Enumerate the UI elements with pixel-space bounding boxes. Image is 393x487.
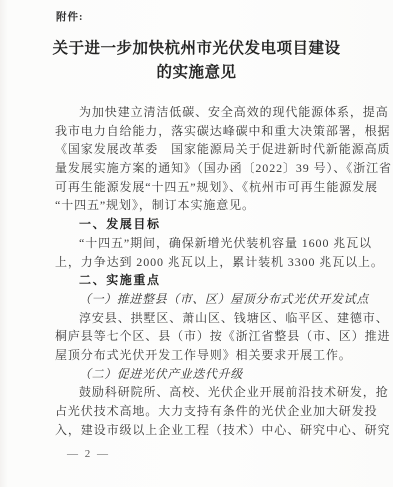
body-line: 占光伏技术高地。大力支持有条件的光伏企业加大研发投 [55, 402, 349, 421]
body-line: 量发展实施方案的通知》（国办函〔2022〕39 号）、《浙江省 [55, 159, 349, 178]
body-line: “十四五”规划》，制订本实施意见。 [55, 196, 349, 215]
body-line: 鼓励科研院所、高校、光伏企业开展前沿技术研发，抢 [55, 383, 349, 402]
document-title: 关于进一步加快杭州市光伏发电项目建设 的实施意见 [0, 37, 393, 84]
body-line: 为加快建立清洁低碳、安全高效的现代能源体系，提高 [55, 103, 349, 122]
body-line: 上，力争达到 2000 兆瓦以上，累计装机 3300 兆瓦以上。 [55, 253, 349, 272]
body-line: 《国家发展改革委 国家能源局关于促进新时代新能源高质 [55, 140, 349, 159]
section-heading-2: 二、实施重点 [55, 271, 349, 290]
body-line: 淳安县、拱墅区、萧山区、钱塘区、临平区、建德市、 [55, 309, 349, 328]
sub-heading-2: （二）促进光伏产业迭代升级 [55, 365, 349, 384]
attachment-label: 附件: [56, 9, 84, 24]
body-line: 入，建设市级以上企业工程（技术）中心、研究中心、研究 [55, 421, 349, 440]
page-number: — 2 — [67, 448, 110, 460]
document-body: 为加快建立清洁低碳、安全高效的现代能源体系，提高 我市电力自给能力，落实碳达峰碳… [55, 103, 349, 439]
body-line: 桐庐县等七个区、县（市）按《浙江省整县（市、区）推进 [55, 327, 349, 346]
body-line: 可再生能源发展“十四五”规划》、《杭州市可再生能源发展 [55, 178, 349, 197]
body-line: 我市电力自给能力，落实碳达峰碳中和重大决策部署，根据 [55, 122, 349, 141]
document-title-line1: 关于进一步加快杭州市光伏发电项目建设 [0, 37, 393, 61]
body-line: 屋顶分布式光伏开发工作导则》相关要求开展工作。 [55, 346, 349, 365]
document-title-line2: 的实施意见 [0, 61, 393, 85]
body-line: “十四五”期间，确保新增光伏装机容量 1600 兆瓦以 [55, 234, 349, 253]
document-page: 附件: 关于进一步加快杭州市光伏发电项目建设 的实施意见 为加快建立清洁低碳、安… [0, 0, 393, 487]
section-heading-1: 一、发展目标 [55, 215, 349, 234]
sub-heading-1: （一）推进整县（市、区）屋顶分布式光伏开发试点 [55, 290, 349, 309]
